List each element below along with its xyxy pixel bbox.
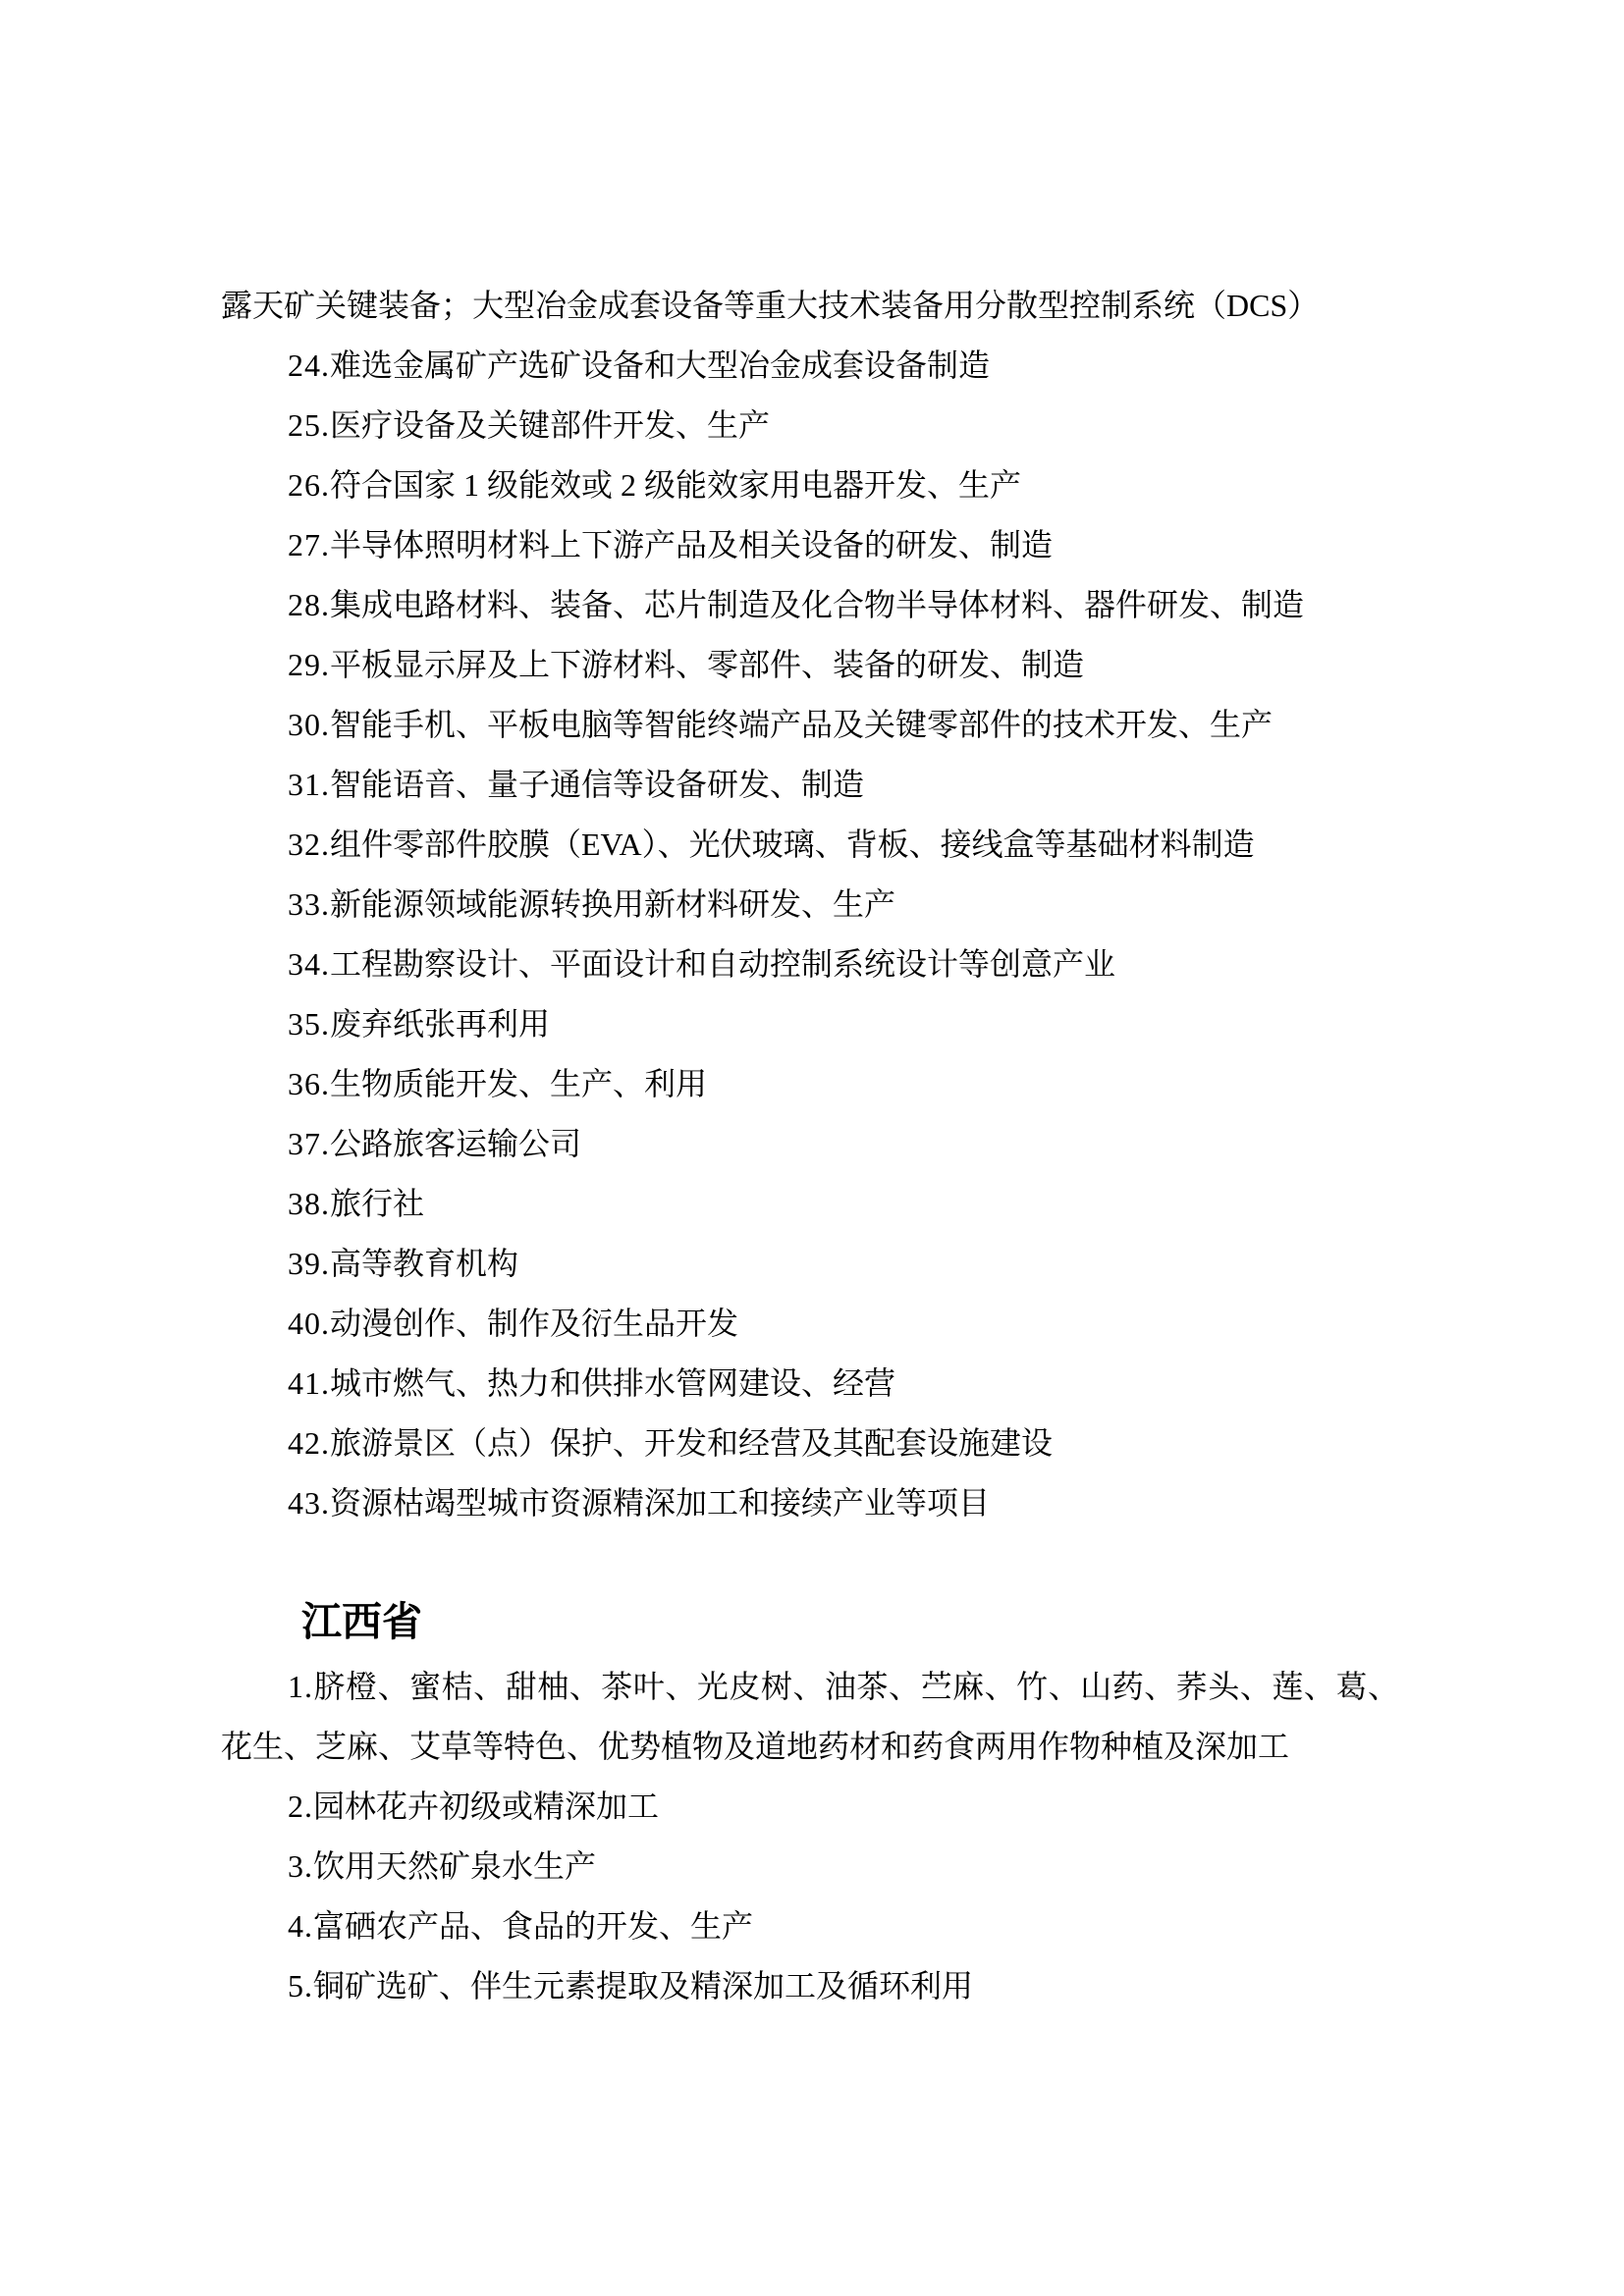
item-text: 平板显示屏及上下游材料、零部件、装备的研发、制造	[330, 647, 1084, 682]
list-item: 42.旅游景区（点）保护、开发和经营及其配套设施建设	[221, 1414, 1399, 1473]
item-text: 铜矿选矿、伴生元素提取及精深加工及循环利用	[313, 1968, 973, 2003]
list-item: 1.脐橙、蜜桔、甜柚、茶叶、光皮树、油茶、苎麻、竹、山药、荞头、莲、葛、花生、芝…	[221, 1657, 1399, 1777]
item-text: 旅行社	[330, 1186, 424, 1221]
list-item: 5.铜矿选矿、伴生元素提取及精深加工及循环利用	[221, 1956, 1399, 2016]
item-text: 富硒农产品、食品的开发、生产	[313, 1908, 753, 1944]
list-item: 35.废弃纸张再利用	[221, 994, 1399, 1054]
item-text: 公路旅客运输公司	[330, 1126, 581, 1161]
item-number: 41.	[288, 1365, 330, 1401]
item-text: 集成电路材料、装备、芯片制造及化合物半导体材料、器件研发、制造	[330, 587, 1304, 622]
item-text: 废弃纸张再利用	[330, 1006, 550, 1041]
item-number: 1.	[288, 1669, 313, 1704]
item-text: 组件零部件胶膜（EVA）、光伏玻璃、背板、接线盒等基础材料制造	[330, 827, 1255, 862]
province-items: 1.脐橙、蜜桔、甜柚、茶叶、光皮树、油茶、苎麻、竹、山药、荞头、莲、葛、花生、芝…	[221, 1657, 1399, 2016]
item-number: 35.	[288, 1006, 330, 1041]
item-number: 39.	[288, 1246, 330, 1281]
item-number: 27.	[288, 527, 330, 562]
item-number: 28.	[288, 587, 330, 622]
list-item: 41.城市燃气、热力和供排水管网建设、经营	[221, 1354, 1399, 1414]
item-text: 资源枯竭型城市资源精深加工和接续产业等项目	[330, 1485, 990, 1521]
list-item: 2.园林花卉初级或精深加工	[221, 1777, 1399, 1837]
item-text: 难选金属矿产选矿设备和大型冶金成套设备制造	[330, 347, 990, 383]
list-item: 4.富硒农产品、食品的开发、生产	[221, 1896, 1399, 1956]
item-text: 园林花卉初级或精深加工	[313, 1789, 659, 1824]
item-number: 31.	[288, 767, 330, 802]
item-number: 30.	[288, 707, 330, 742]
item-text: 工程勘察设计、平面设计和自动控制系统设计等创意产业	[330, 946, 1115, 982]
item-text: 动漫创作、制作及衍生品开发	[330, 1306, 738, 1341]
list-item: 32.组件零部件胶膜（EVA）、光伏玻璃、背板、接线盒等基础材料制造	[221, 815, 1399, 875]
list-item: 37.公路旅客运输公司	[221, 1114, 1399, 1174]
item-number: 33.	[288, 886, 330, 922]
list-item: 3.饮用天然矿泉水生产	[221, 1837, 1399, 1896]
item-number: 29.	[288, 647, 330, 682]
item-text: 饮用天然矿泉水生产	[313, 1848, 596, 1884]
list-item: 38.旅行社	[221, 1174, 1399, 1234]
list-item: 26.符合国家 1 级能效或 2 级能效家用电器开发、生产	[221, 455, 1399, 515]
list-item: 33.新能源领域能源转换用新材料研发、生产	[221, 875, 1399, 934]
item-number: 32.	[288, 827, 330, 862]
item-text: 旅游景区（点）保护、开发和经营及其配套设施建设	[330, 1425, 1053, 1461]
item-number: 25.	[288, 407, 330, 443]
list-item: 39.高等教育机构	[221, 1234, 1399, 1294]
item-text: 医疗设备及关键部件开发、生产	[330, 407, 770, 443]
item-number: 43.	[288, 1485, 330, 1521]
item-text: 生物质能开发、生产、利用	[330, 1066, 707, 1101]
national-items: 24.难选金属矿产选矿设备和大型冶金成套设备制造 25.医疗设备及关键部件开发、…	[221, 336, 1399, 1533]
list-item: 43.资源枯竭型城市资源精深加工和接续产业等项目	[221, 1473, 1399, 1533]
item-number: 4.	[288, 1908, 313, 1944]
list-item: 28.集成电路材料、装备、芯片制造及化合物半导体材料、器件研发、制造	[221, 575, 1399, 635]
item-text: 符合国家 1 级能效或 2 级能效家用电器开发、生产	[330, 467, 1021, 503]
paragraph-continuation: 露天矿关键装备；大型冶金成套设备等重大技术装备用分散型控制系统（DCS）	[221, 276, 1399, 336]
item-number: 36.	[288, 1066, 330, 1101]
document-page: 露天矿关键装备；大型冶金成套设备等重大技术装备用分散型控制系统（DCS） 24.…	[0, 0, 1624, 2296]
item-number: 42.	[288, 1425, 330, 1461]
item-number: 5.	[288, 1968, 313, 2003]
list-item: 40.动漫创作、制作及衍生品开发	[221, 1294, 1399, 1354]
item-number: 37.	[288, 1126, 330, 1161]
list-item: 27.半导体照明材料上下游产品及相关设备的研发、制造	[221, 515, 1399, 575]
item-number: 34.	[288, 946, 330, 982]
list-item: 30.智能手机、平板电脑等智能终端产品及关键零部件的技术开发、生产	[221, 695, 1399, 755]
item-text: 智能语音、量子通信等设备研发、制造	[330, 767, 864, 802]
item-number: 2.	[288, 1789, 313, 1824]
item-text: 高等教育机构	[330, 1246, 518, 1281]
section-heading: 江西省	[221, 1587, 1399, 1657]
item-text: 城市燃气、热力和供排水管网建设、经营	[330, 1365, 895, 1401]
list-item: 29.平板显示屏及上下游材料、零部件、装备的研发、制造	[221, 635, 1399, 695]
list-item: 31.智能语音、量子通信等设备研发、制造	[221, 755, 1399, 815]
list-item: 34.工程勘察设计、平面设计和自动控制系统设计等创意产业	[221, 934, 1399, 994]
list-item: 36.生物质能开发、生产、利用	[221, 1054, 1399, 1114]
item-number: 40.	[288, 1306, 330, 1341]
continuation-text: 露天矿关键装备；大型冶金成套设备等重大技术装备用分散型控制系统（DCS）	[221, 288, 1319, 323]
item-text: 智能手机、平板电脑等智能终端产品及关键零部件的技术开发、生产	[330, 707, 1272, 742]
item-number: 24.	[288, 347, 330, 383]
item-text: 脐橙、蜜桔、甜柚、茶叶、光皮树、油茶、苎麻、竹、山药、荞头、莲、葛、花生、芝麻、…	[221, 1669, 1399, 1764]
item-text: 新能源领域能源转换用新材料研发、生产	[330, 886, 895, 922]
item-number: 26.	[288, 467, 330, 503]
item-number: 3.	[288, 1848, 313, 1884]
item-text: 半导体照明材料上下游产品及相关设备的研发、制造	[330, 527, 1053, 562]
list-item: 24.难选金属矿产选矿设备和大型冶金成套设备制造	[221, 336, 1399, 396]
item-number: 38.	[288, 1186, 330, 1221]
list-item: 25.医疗设备及关键部件开发、生产	[221, 396, 1399, 455]
